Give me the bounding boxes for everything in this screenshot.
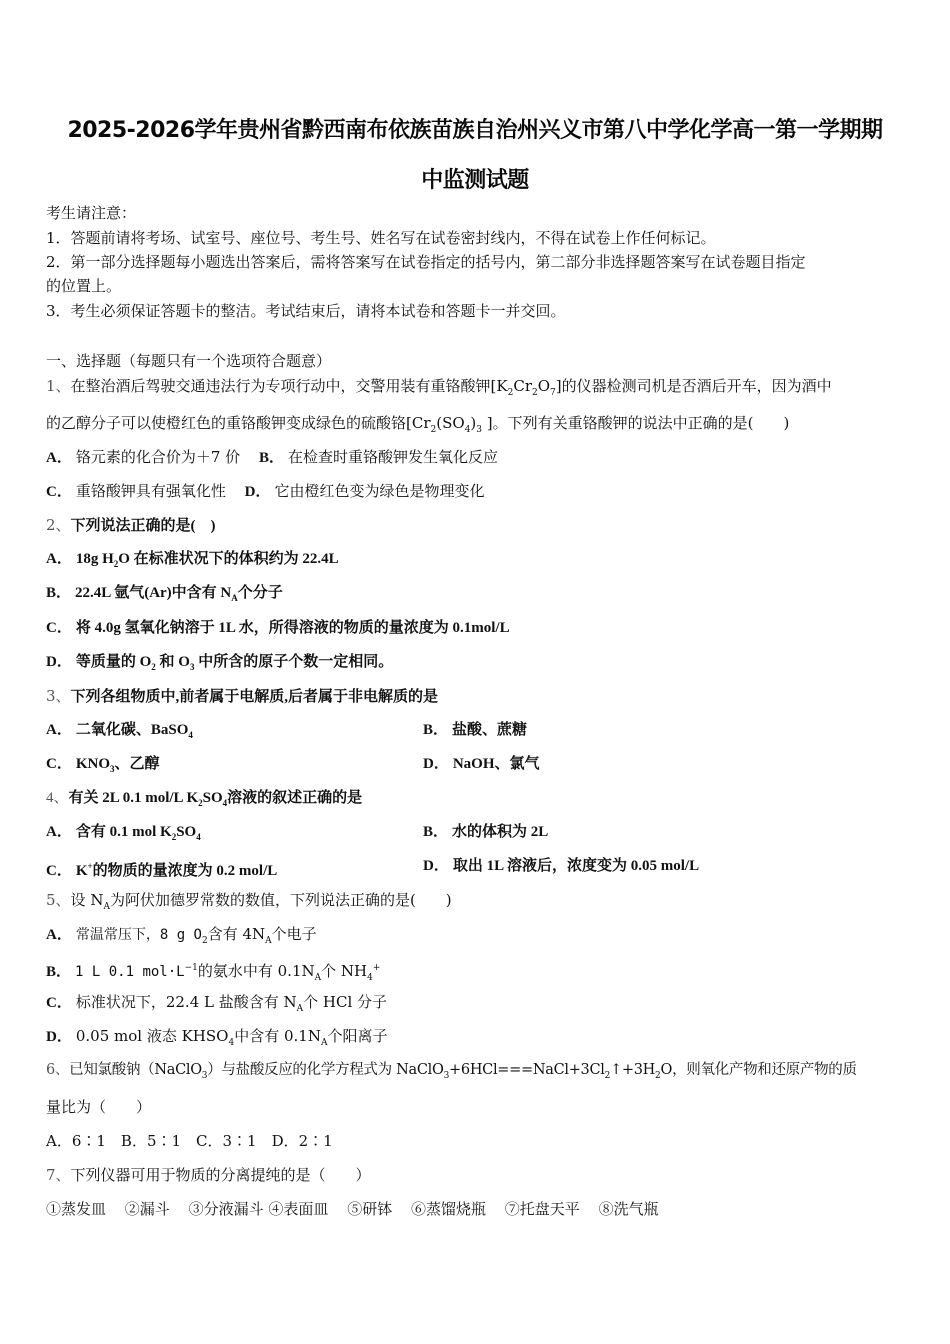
stem-text: 在整治酒后驾驶交通违法行为专项行动中，交警用装有重铬酸钾[K xyxy=(71,377,508,395)
question-4-options-row-1: A．含有 0.1 mol K2SO4 B．水的体积为 2L xyxy=(46,822,201,847)
superscript: + xyxy=(373,963,381,973)
option-a: 铬元素的化合价为＋7 价 xyxy=(76,448,240,466)
option-text: O 在标准状况下的体积约为 22.4L xyxy=(118,551,338,567)
option-label-c: C． xyxy=(46,863,72,879)
question-number: 5、 xyxy=(46,891,71,909)
option-text: 个阳离子 xyxy=(327,1027,387,1045)
option-text: 个分子 xyxy=(238,585,283,601)
option-b: 在检查时重铬酸钾发生氧化反应 xyxy=(288,448,498,466)
question-number: 3、 xyxy=(46,687,71,705)
option-label-d: D． xyxy=(423,858,449,874)
question-6-stem-line-1: 6、已知氯酸钠（NaClO3）与盐酸反应的化学方程式为 NaClO3+6HCl=… xyxy=(46,1060,857,1086)
question-2-option-c: C．将 4.0g 氢氧化钠溶于 1L 水，所得溶液的物质的量浓度为 0.1mol… xyxy=(46,618,510,638)
stem-text: ）与盐酸反应的化学方程式为 NaClO xyxy=(207,1062,443,1078)
option-label-d: D． xyxy=(423,756,449,772)
option-d: 取出 1L 溶液后，浓度变为 0.05 mol/L xyxy=(453,858,699,874)
instrument-item-6: ⑥蒸馏烧瓶 xyxy=(411,1200,486,1218)
question-number: 1、 xyxy=(46,377,71,395)
option-text: 含有 4N xyxy=(208,925,265,943)
instrument-item-3: ③分液漏斗 xyxy=(189,1200,264,1218)
option-text: 个 NH xyxy=(321,962,367,980)
option-a: 二氧化碳、BaSO xyxy=(76,722,189,738)
question-6-stem-line-2: 量比为（ ） xyxy=(46,1097,151,1117)
subscript: 4 xyxy=(188,730,193,740)
question-5-option-c: C．标准状况下，22.4 L 盐酸含有 NA个 HCl 分子 xyxy=(46,992,387,1019)
stem-text: O，则氧化产物和还原产物的质 xyxy=(660,1062,856,1078)
option-text: 中所含的原子个数一定相同。 xyxy=(194,654,393,670)
option-label-a: A． xyxy=(46,927,72,943)
question-2-stem: 2、下列说法正确的是( ) xyxy=(46,515,216,536)
option-label-c: C． xyxy=(46,620,72,636)
option-text: 标准状况下，22.4 L 盐酸含有 N xyxy=(76,993,297,1011)
option-label-a: A． xyxy=(46,722,72,738)
stem-text: 下列各组物质中,前者属于电解质,后者属于非电解质的是 xyxy=(71,689,439,705)
option-b: 水的体积为 2L xyxy=(452,824,548,840)
option-label-b: B． xyxy=(46,964,71,980)
option-d-wrap: D．取出 1L 溶液后，浓度变为 0.05 mol/L xyxy=(423,856,699,876)
question-2-option-b: B．22.4L 氩气(Ar)中含有 NA个分子 xyxy=(46,583,283,608)
instrument-item-5: ⑤研钵 xyxy=(347,1200,392,1218)
option-d: 它由橙红色变为绿色是物理变化 xyxy=(274,482,484,500)
option-b: 盐酸、蔗糖 xyxy=(452,722,527,738)
question-7-items: ①蒸发皿 ②漏斗 ③分液漏斗 ④表面皿 ⑤研钵 ⑥蒸馏烧瓶 ⑦托盘天平 ⑧洗气瓶 xyxy=(46,1199,659,1219)
option-text: 将 4.0g 氢氧化钠溶于 1L 水，所得溶液的物质的量浓度为 0.1mol/L xyxy=(76,620,510,636)
question-7-stem: 7、下列仪器可用于物质的分离提纯的是（ ） xyxy=(46,1165,371,1185)
question-1-options-row-1: A．铬元素的化合价为＋7 价 B．在检查时重铬酸钾发生氧化反应 xyxy=(46,447,498,468)
question-3-options-row-2: C．KNO3、乙醇 D．NaOH、氯气 xyxy=(46,754,160,779)
stem-text: 设 N xyxy=(71,891,104,909)
question-5-option-a: A．常温常压下，8 g O2含有 4NA个电子 xyxy=(46,924,317,951)
instrument-item-2: ②漏斗 xyxy=(125,1200,170,1218)
option-c: K xyxy=(76,863,88,879)
option-label-d: D． xyxy=(245,484,271,500)
option-text: 个 HCl 分子 xyxy=(303,993,387,1011)
stem-text: 下列仪器可用于物质的分离提纯的是（ ） xyxy=(71,1166,371,1184)
option-a: 含有 0.1 mol K xyxy=(76,824,172,840)
option-text: 18g H xyxy=(76,551,114,567)
option-label-b: B． xyxy=(423,722,448,738)
question-2-option-d: D．等质量的 O2 和 O3 中所含的原子个数一定相同。 xyxy=(46,652,393,677)
question-number: 6、 xyxy=(46,1062,69,1078)
option-c: 、乙醇 xyxy=(115,756,160,772)
question-1-options-row-2: C．重铬酸钾具有强氧化性 D．它由橙红色变为绿色是物理变化 xyxy=(46,481,485,502)
option-text: 中含有 0.1N xyxy=(234,1027,321,1045)
instrument-item-4: ④表面皿 xyxy=(268,1200,328,1218)
option-b-wrap: B．盐酸、蔗糖 xyxy=(423,720,527,740)
subscript: 4 xyxy=(196,832,201,842)
stem-text: Cr xyxy=(513,377,532,395)
subscript: 4 xyxy=(367,973,373,983)
option-label-b: B． xyxy=(423,824,448,840)
question-5-stem: 5、设 NA为阿伏加德罗常数的数值，下列说法正确的是( ) xyxy=(46,890,452,917)
option-text: 0.05 mol 液态 KHSO xyxy=(76,1027,229,1045)
stem-text: 的乙醇分子可以使橙红色的重铬酸钾变成绿色的硫酸铬[Cr xyxy=(46,414,431,432)
notice-heading: 考生请注意： xyxy=(46,203,136,223)
option-text: 的氨水中有 0.1N xyxy=(198,962,315,980)
option-label-a: A． xyxy=(46,824,72,840)
option-c: KNO xyxy=(76,756,110,772)
exam-page: 2025-2026学年贵州省黔西南布依族苗族自治州兴义市第八中学化学高一第一学期… xyxy=(0,0,950,1344)
option-label-a: A． xyxy=(46,551,72,567)
stem-text: SO xyxy=(203,790,223,806)
stem-text: ]的仪器检测司机是否酒后开车，因为酒中 xyxy=(556,377,832,395)
instrument-item-1: ①蒸发皿 xyxy=(46,1200,106,1218)
question-5-option-d: D．0.05 mol 液态 KHSO4中含有 0.1NA个阳离子 xyxy=(46,1026,387,1053)
stem-text: +6HCl===NaCl+3Cl xyxy=(449,1062,605,1078)
option-c: 重铬酸钾具有强氧化性 xyxy=(76,482,226,500)
option-label-c: C． xyxy=(46,756,72,772)
question-4-stem: 4、有关 2L 0.1 mol/L K2SO4溶液的叙述正确的是 xyxy=(46,788,362,813)
question-3-stem: 3、下列各组物质中,前者属于电解质,后者属于非电解质的是 xyxy=(46,686,438,707)
section-heading: 一、选择题（每题只有一个选项符合题意） xyxy=(46,351,331,371)
question-number: 4、 xyxy=(46,790,69,806)
option-d-wrap: D．NaOH、氯气 xyxy=(423,754,540,774)
stem-text: O xyxy=(538,377,550,395)
superscript: −1 xyxy=(185,963,198,973)
option-label-a: A． xyxy=(46,450,72,466)
option-text: 和 O xyxy=(156,654,190,670)
question-4-options-row-2: C．K+的物质的量浓度为 0.2 mol/L D．取出 1L 溶液后，浓度变为 … xyxy=(46,856,277,881)
option-label-c: C． xyxy=(46,484,72,500)
instrument-item-7: ⑦托盘天平 xyxy=(505,1200,580,1218)
instrument-item-8: ⑧洗气瓶 xyxy=(599,1200,659,1218)
stem-text: ]。下列有关重铬酸钾的说法中正确的是( ) xyxy=(482,414,789,432)
stem-text: 溶液的叙述正确的是 xyxy=(227,790,362,806)
question-5-option-b: B．1 L 0.1 mol·L−1的氨水中有 0.1NA个 NH4+ xyxy=(46,958,380,988)
document-title-line-2: 中监测试题 xyxy=(0,163,950,194)
option-label-b: B． xyxy=(46,585,71,601)
option-text: 1 L 0.1 mol·L xyxy=(75,964,185,980)
stem-text: 为阿伏加德罗常数的数值，下列说法正确的是( ) xyxy=(110,891,452,909)
stem-text: 已知氯酸钠（NaClO xyxy=(69,1062,202,1078)
question-3-options-row-1: A．二氧化碳、BaSO4 B．盐酸、蔗糖 xyxy=(46,720,193,745)
question-number: 7、 xyxy=(46,1166,71,1184)
option-label-d: D． xyxy=(46,654,72,670)
option-a: SO xyxy=(176,824,196,840)
question-number: 2、 xyxy=(46,516,71,534)
option-text: 个电子 xyxy=(272,925,317,943)
question-1-stem-line-1: 1、在整治酒后驾驶交通违法行为专项行动中，交警用装有重铬酸钾[K2Cr2O7]的… xyxy=(46,376,832,403)
option-b-wrap: B．水的体积为 2L xyxy=(423,822,548,842)
stem-text: ↑+3H xyxy=(610,1062,655,1078)
question-2-option-a: A．18g H2O 在标准状况下的体积约为 22.4L xyxy=(46,549,339,574)
stem-text: 有关 2L 0.1 mol/L K xyxy=(69,790,199,806)
question-1-stem-line-2: 的乙醇分子可以使橙红色的重铬酸钾变成绿色的硫酸铬[Cr2(SO4)3 ]。下列有… xyxy=(46,413,789,440)
stem-text: (SO xyxy=(436,414,464,432)
option-label-b: B． xyxy=(259,450,284,466)
option-c: 的物质的量浓度为 0.2 mol/L xyxy=(93,863,278,879)
option-d: NaOH、氯气 xyxy=(453,756,540,772)
notice-item-1: 1．答题前请将考场、试室号、座位号、考生号、姓名写在试卷密封线内，不得在试卷上作… xyxy=(46,228,716,248)
option-text: 等质量的 O xyxy=(76,654,151,670)
notice-item-2: 2．第一部分选择题每小题选出答案后，需将答案写在试卷指定的括号内，第二部分非选择… xyxy=(46,252,806,272)
notice-item-2-cont: 的位置上。 xyxy=(46,276,121,296)
stem-text: 下列说法正确的是( ) xyxy=(71,518,216,534)
option-text: 22.4L 氩气(Ar)中含有 N xyxy=(75,585,231,601)
option-label-c: C． xyxy=(46,995,72,1011)
option-label-d: D． xyxy=(46,1029,72,1045)
document-title-line-1: 2025-2026学年贵州省黔西南布依族苗族自治州兴义市第八中学化学高一第一学期… xyxy=(0,113,950,144)
question-6-options: A．6∶1 B．5∶1 C．3∶1 D．2∶1 xyxy=(46,1131,333,1151)
notice-item-3: 3．考生必须保证答题卡的整洁。考试结束后，请将本试卷和答题卡一并交回。 xyxy=(46,301,566,321)
option-text: 常温常压下，8 g O xyxy=(76,927,202,943)
